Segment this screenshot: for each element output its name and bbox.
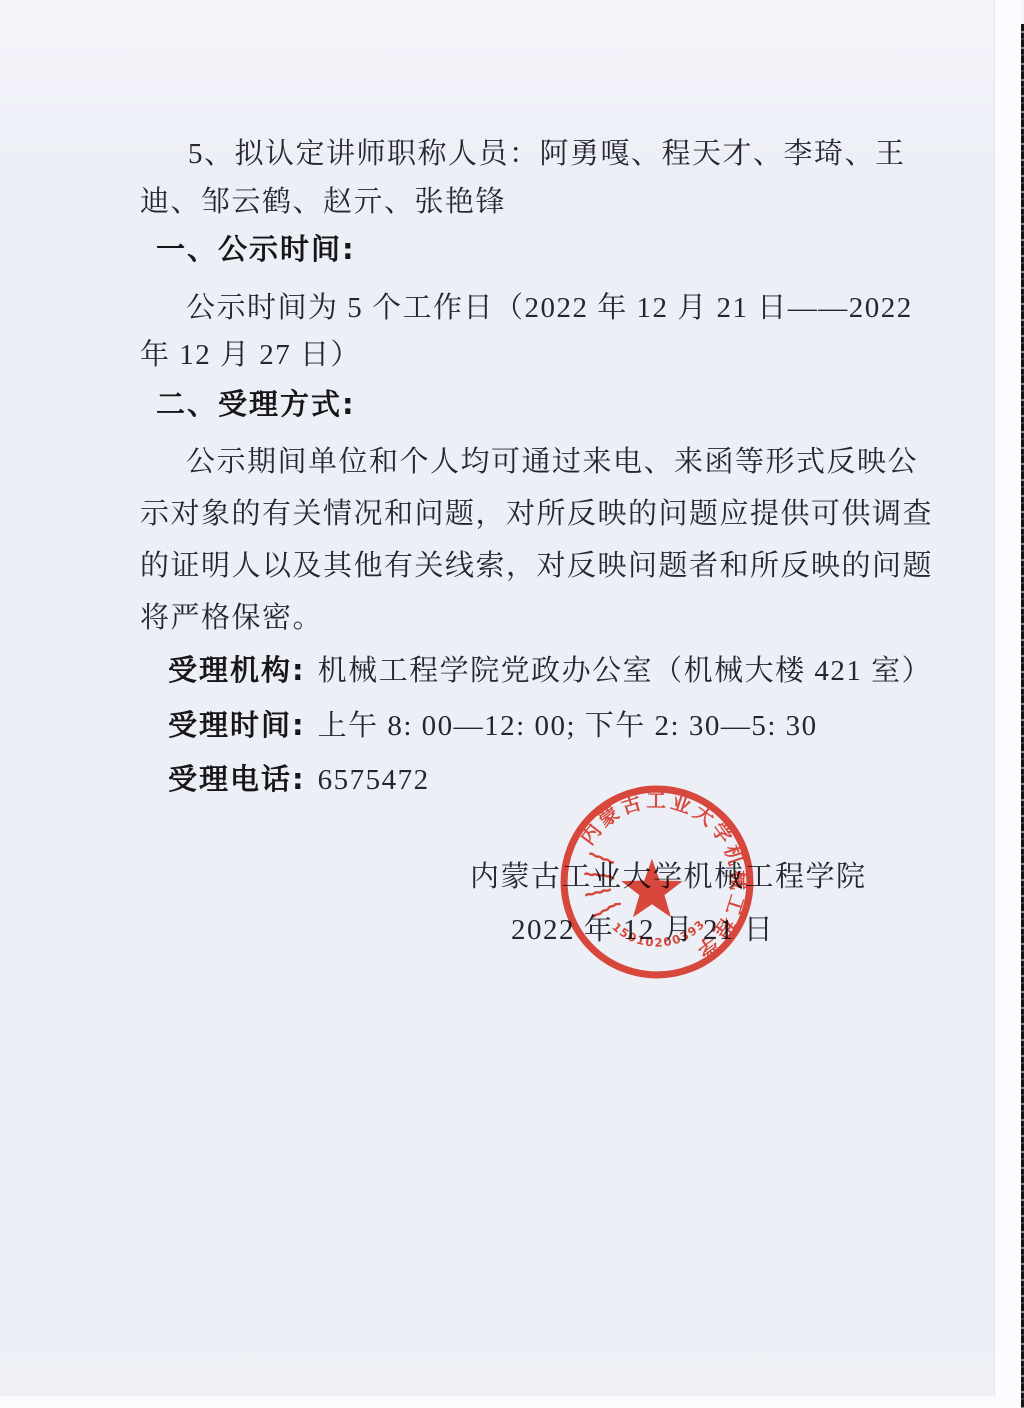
acceptance-body-line2: 示对象的有关情况和问题，对所反映的问题应提供可供调查: [140, 491, 933, 532]
acceptance-body-line4: 将严格保密。: [140, 595, 323, 636]
acceptance-agency-label: 受理机构:: [168, 653, 306, 687]
scan-edge-bottom: [0, 1396, 1021, 1408]
acceptance-time-row: 受理时间:上午 8: 00—12: 00; 下午 2: 30—5: 30: [168, 703, 818, 744]
acceptance-body-line1: 公示期间单位和个人均可通过来电、来函等形式反映公: [186, 439, 918, 480]
acceptance-phone-value: 6575472: [318, 764, 430, 796]
acceptance-body-line3: 的证明人以及其他有关线索，对反映问题者和所反映的问题: [140, 543, 933, 584]
publicity-period-line1: 公示时间为 5 个工作日（2022 年 12 月 21 日——2022: [186, 285, 913, 326]
scan-edge-right-paper: [994, 0, 1021, 1408]
acceptance-phone-label: 受理电话:: [168, 762, 306, 796]
publicity-period-line2: 年 12 月 27 日）: [140, 332, 361, 373]
acceptance-agency-row: 受理机构:机械工程学院党政办公室（机械大楼 421 室）: [168, 648, 932, 689]
list-item-lecturer-line1: 5、拟认定讲师职称人员：阿勇嘎、程天才、李琦、王: [188, 131, 906, 172]
acceptance-time-label: 受理时间:: [168, 708, 306, 742]
section-heading-publicity-period: 一、公示时间:: [156, 227, 356, 268]
acceptance-agency-value: 机械工程学院党政办公室（机械大楼 421 室）: [318, 655, 933, 687]
acceptance-phone-row: 受理电话:6575472: [168, 757, 430, 798]
scanned-document-page: 5、拟认定讲师职称人员：阿勇嘎、程天才、李琦、王 迪、邹云鹤、赵亓、张艳锋 一、…: [0, 0, 1024, 1408]
list-item-lecturer-line2: 迪、邹云鹤、赵亓、张艳锋: [140, 179, 506, 220]
seal-star-icon: [621, 859, 682, 917]
official-seal-stamp: 内蒙古工业大学机械工程学院 1501020039341: [556, 781, 758, 983]
acceptance-time-value: 上午 8: 00—12: 00; 下午 2: 30—5: 30: [318, 710, 818, 742]
section-heading-acceptance-method: 二、受理方式:: [156, 382, 356, 423]
seal-mongolian-script-icon: [585, 853, 620, 918]
